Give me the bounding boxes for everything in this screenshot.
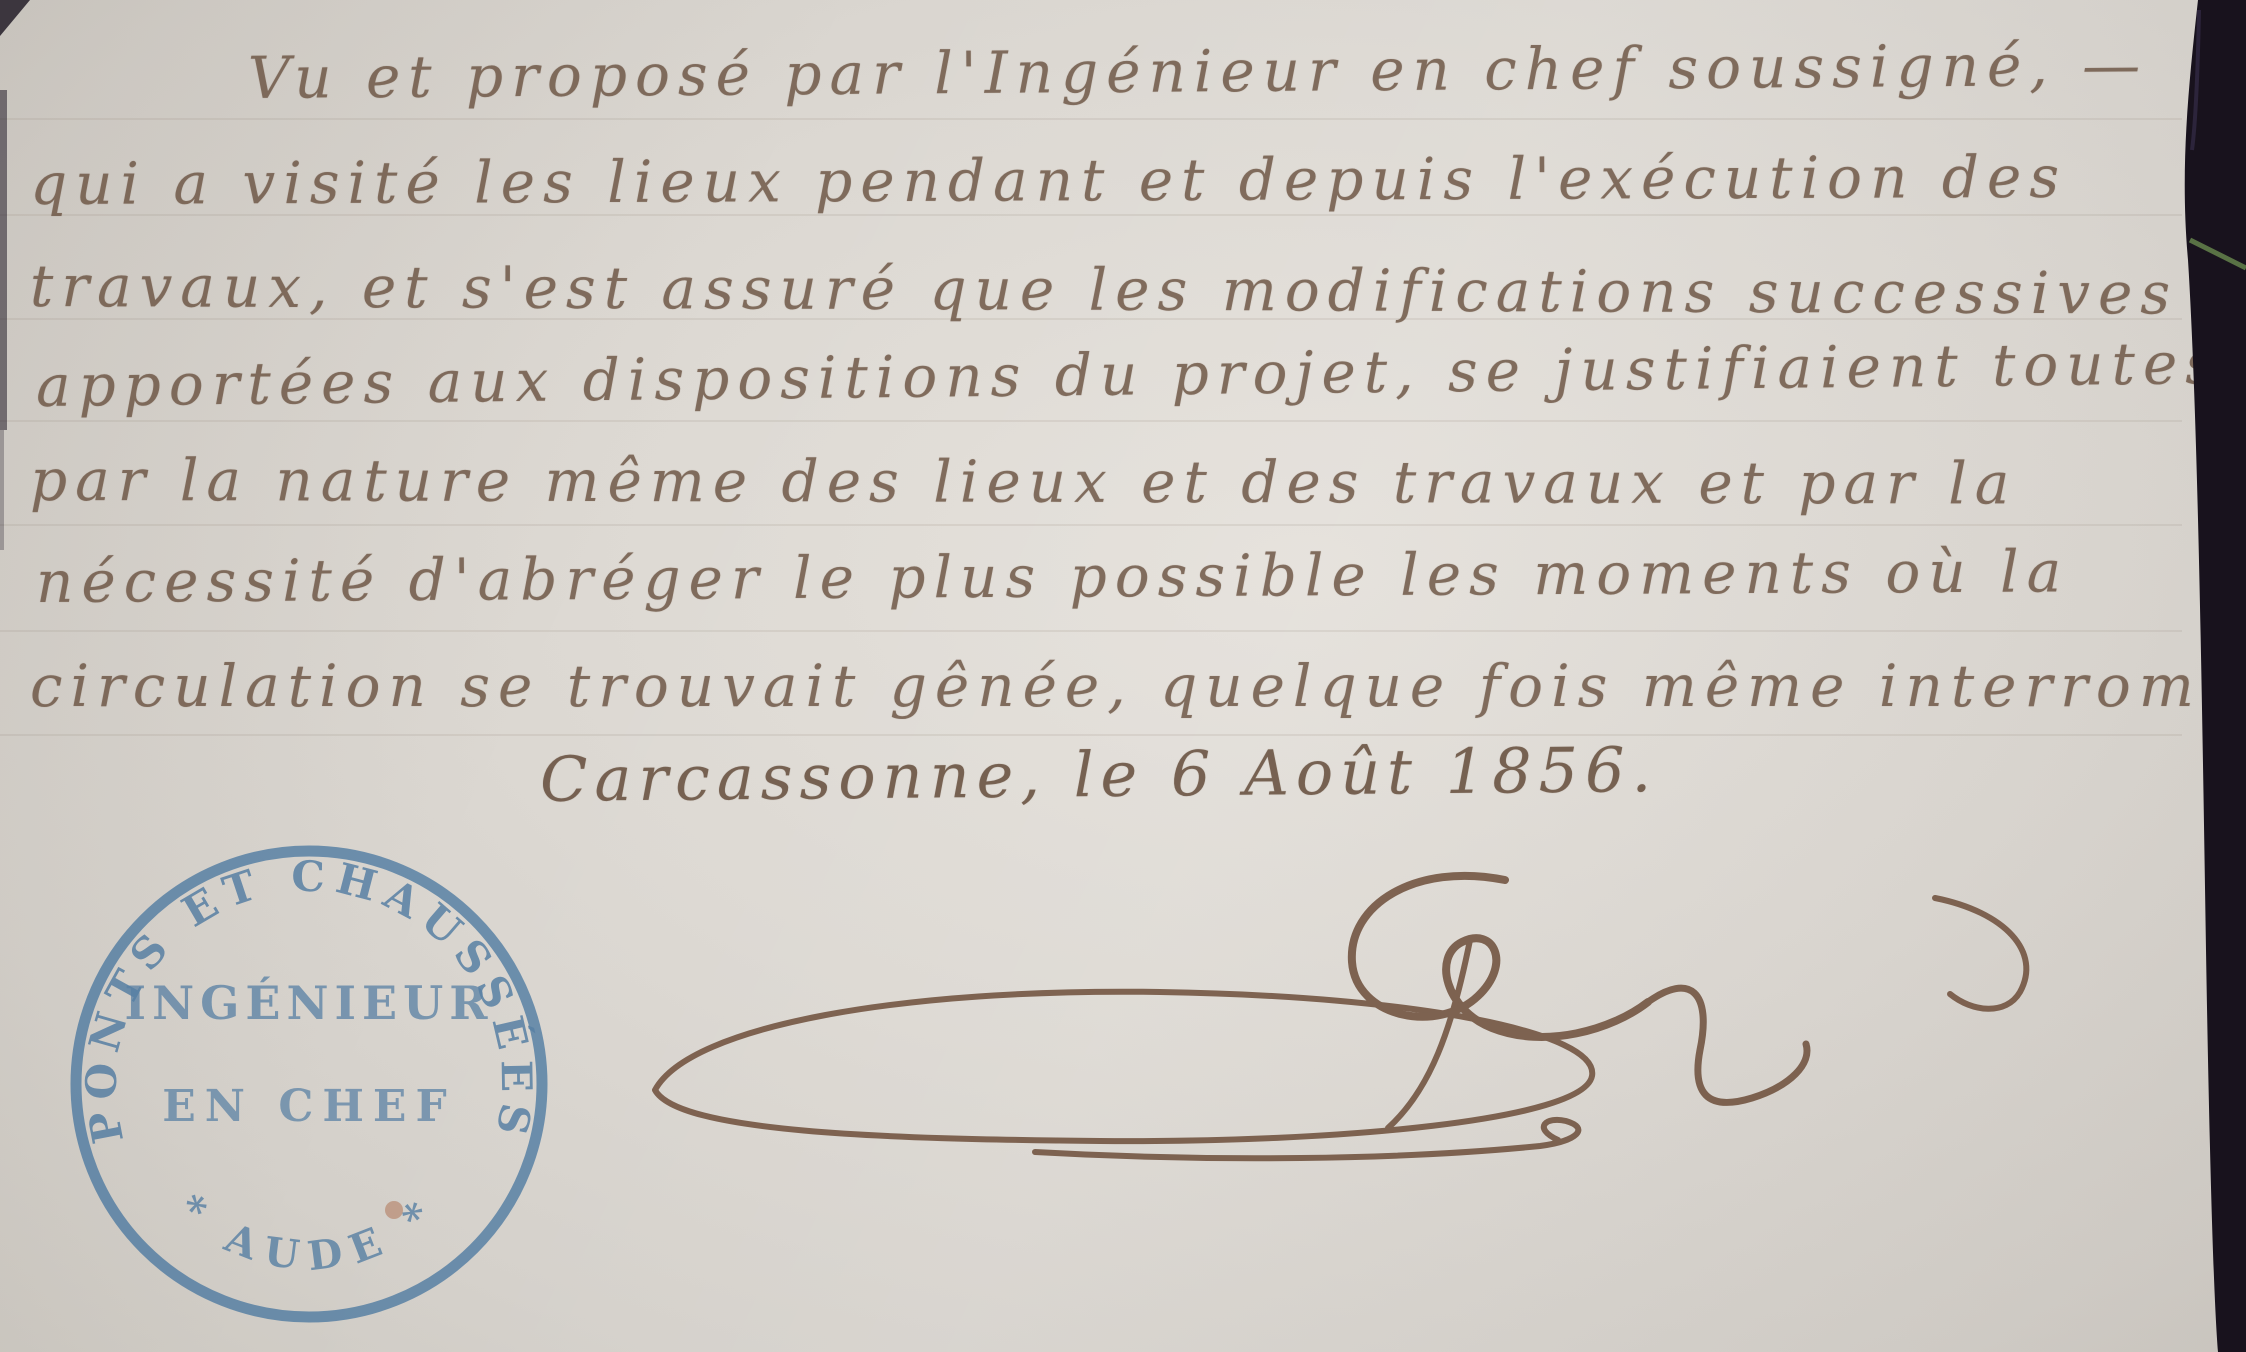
stamp-arc-top-text: PONTS ET CHAUSSÉES: [76, 852, 541, 1148]
signature-descender: [1388, 940, 1470, 1128]
photo-dark-left-sliver: [0, 90, 7, 430]
signature-oval-flourish: [655, 992, 1592, 1141]
handwritten-line-1: Vu et proposé par l'Ingénieur en chef so…: [248, 31, 2149, 112]
handwritten-line-6: nécessité d'abréger le plus possible les…: [36, 537, 2070, 616]
handwritten-line-4: apportées aux dispositions du projet, se…: [36, 329, 2224, 420]
signature-right-flourish: [1935, 898, 2026, 1009]
photo-dark-left-sliver-2: [0, 430, 4, 550]
handwritten-line-3: travaux, et s'est assuré que les modific…: [30, 252, 2178, 327]
paper-rule-line: [0, 420, 2182, 422]
signature-monogram: [1352, 876, 1648, 1037]
edge-highlight: [2192, 10, 2199, 150]
handwritten-line-7: circulation se trouvait gênée, quelque f…: [30, 652, 2246, 720]
paper-rule-line: [0, 118, 2182, 120]
document-photo: Vu et proposé par l'Ingénieur en chef so…: [0, 0, 2246, 1352]
pontschaussees-stamp: PONTS ET CHAUSSÉES * AUDE * INGÉNIEUR EN…: [59, 829, 559, 1339]
handwritten-line-5: par la nature même des lieux et des trav…: [30, 446, 2018, 517]
stamp-ring: [76, 851, 542, 1317]
stamp-center-line1: INGÉNIEUR: [125, 975, 494, 1030]
stamp-arc-bottom-text: * AUDE *: [169, 1185, 449, 1280]
photo-dark-topleft-corner: [0, 0, 30, 36]
handwritten-line-2: qui a visité les lieux pendant et depuis…: [30, 143, 2067, 218]
stamp-center-line2: EN CHEF: [162, 1081, 455, 1132]
signature-underline: [1035, 1120, 1578, 1158]
handwritten-dateline: Carcassonne, le 6 Août 1856.: [540, 733, 1659, 816]
signature-monogram-tail: [1648, 988, 1807, 1102]
paper-rule-line: [0, 734, 2182, 736]
edge-green-streak: [2190, 240, 2246, 268]
paper-rule-line: [0, 524, 2182, 526]
foxing-spot: [385, 1201, 403, 1219]
paper-rule-line: [0, 630, 2182, 632]
